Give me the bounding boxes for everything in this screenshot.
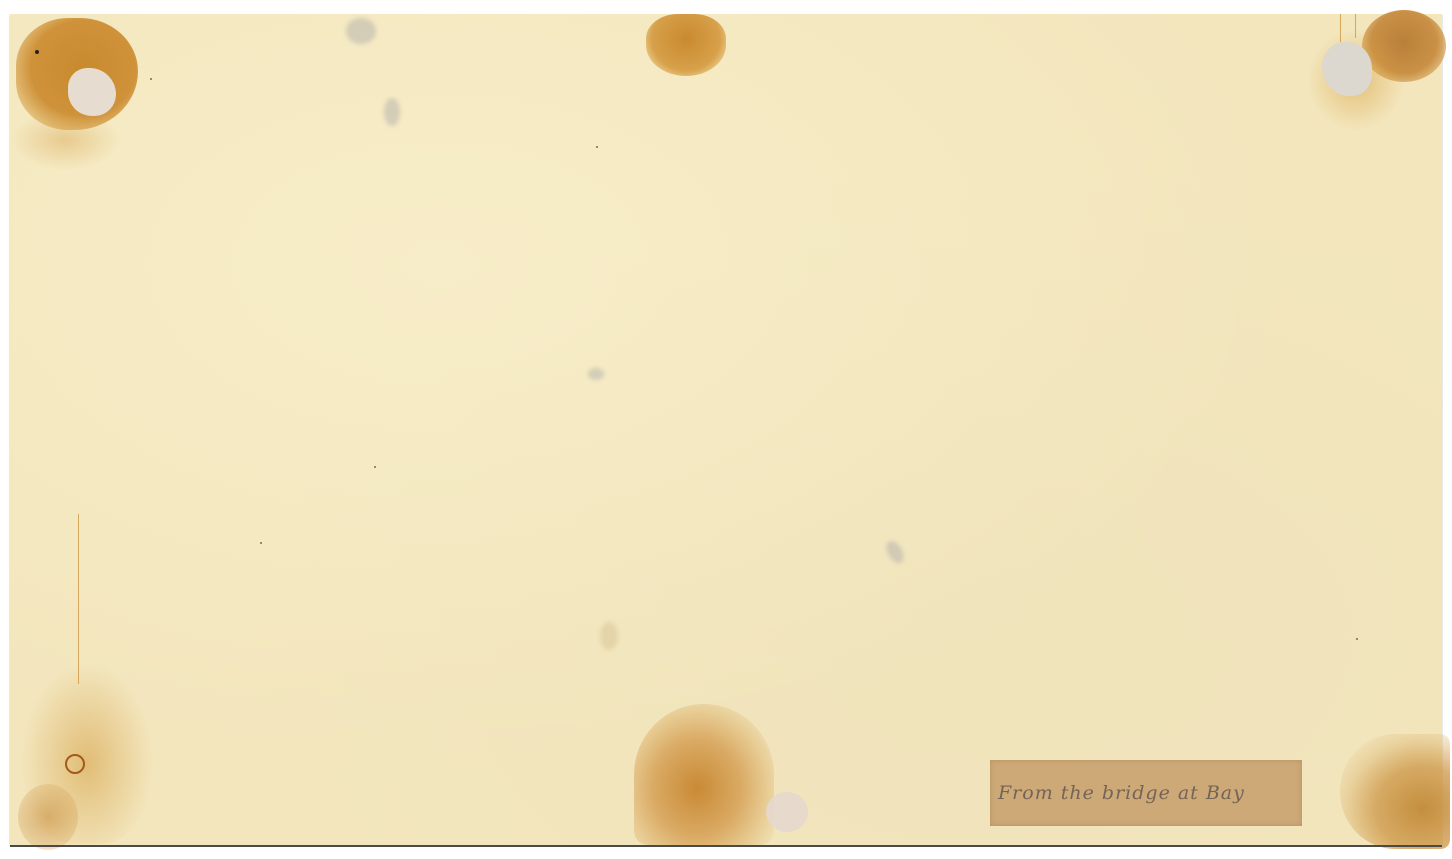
stain-bottom-right — [1340, 734, 1450, 849]
speck — [35, 50, 39, 54]
stain-top-center — [646, 14, 726, 76]
speck — [1356, 638, 1358, 640]
stain-bottom-left-branch — [65, 754, 85, 774]
stain-bottom-center-light — [766, 792, 808, 832]
speck — [374, 466, 376, 468]
smudge — [588, 368, 604, 380]
smudge — [883, 538, 907, 566]
smudge — [384, 98, 400, 126]
paper-card — [10, 14, 1442, 845]
stain-top-left-drip — [10, 110, 120, 170]
drip-line — [1340, 14, 1341, 42]
speck — [260, 542, 262, 544]
smudge — [346, 18, 376, 44]
speck — [596, 146, 598, 148]
smudge — [600, 622, 618, 650]
stain-bottom-left-circle — [18, 784, 78, 850]
label-text: From the bridge at Bay — [998, 782, 1245, 804]
speck — [150, 78, 152, 80]
handwritten-label: From the bridge at Bay — [990, 760, 1302, 826]
drip-line — [78, 514, 79, 684]
stain-bottom-center — [634, 704, 774, 845]
drip-line — [1355, 14, 1356, 38]
